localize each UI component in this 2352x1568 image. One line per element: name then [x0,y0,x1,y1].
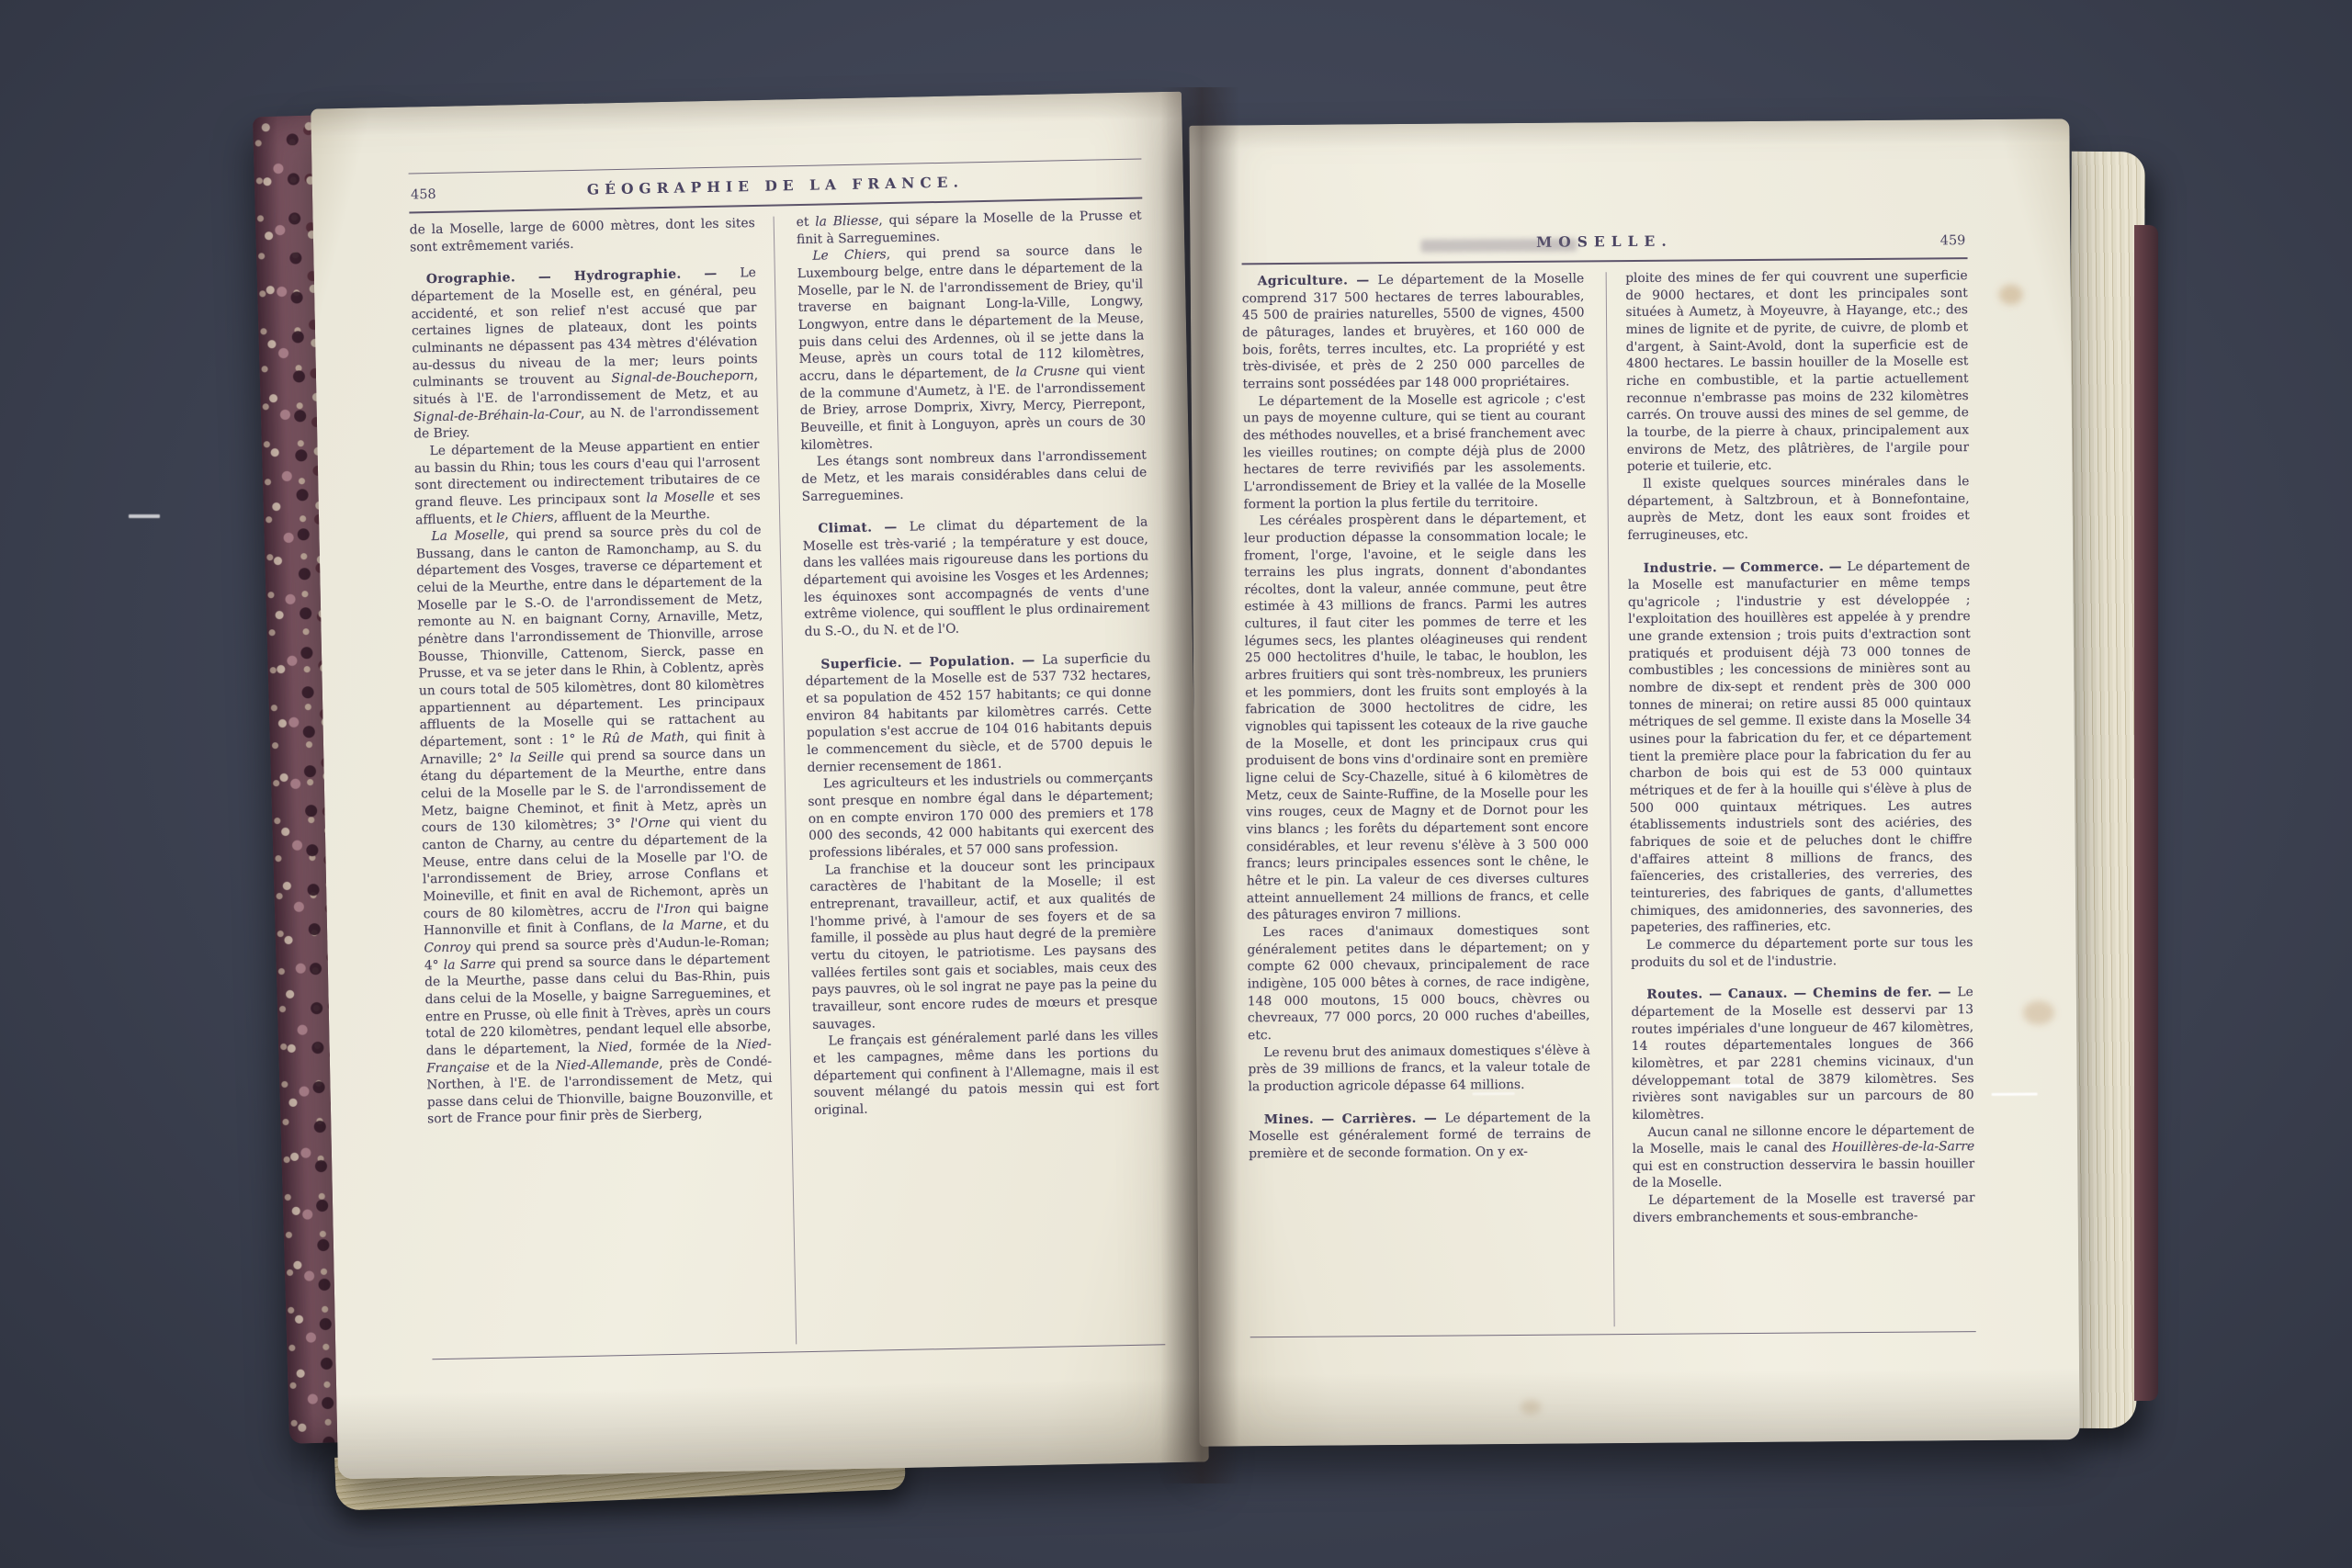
foxing-spot [2023,1000,2054,1024]
scratch-mark [1473,1092,1515,1095]
paragraph: Le département de la Moselle est agricol… [1243,390,1587,513]
section-heading: Mines. — Carrières. — [1264,1111,1445,1127]
paragraph: Mines. — Carrières. — Le département de … [1249,1109,1591,1163]
right-page-text-block: MOSELLE. 459 Agriculture. — Le départeme… [1241,219,1975,1337]
foxing-spot [1521,1400,1541,1415]
paragraph: Superficie. — Population. — La superfici… [805,649,1153,776]
column-divider-rule [1606,272,1615,1326]
paragraph: Le département de la Meuse appartient en… [413,436,761,529]
foxing-spot [1999,285,2023,305]
text-column: ploite des mines de fer qui couvrent une… [1625,267,1976,1328]
right-page-header: MOSELLE. 459 [1241,226,1967,263]
print-smudge [1420,238,1577,252]
left-running-title: GÉOGRAPHIE DE LA FRANCE. [409,170,1142,202]
paragraph: de la Moselle, large de 6000 mètres, don… [410,215,756,256]
column-divider-rule [774,217,797,1345]
paragraph: Le revenu brut des animaux domestiques s… [1248,1042,1590,1096]
paragraph: Le département de la Moselle est travers… [1633,1190,1975,1226]
paragraph: Les céréales prospèrent dans le départem… [1244,511,1589,925]
paragraph: Agriculture. — Le département de la Mose… [1242,270,1586,393]
section-heading: Orographie. — Hydrographie. — [426,266,741,288]
right-bottom-rule [1250,1331,1976,1337]
right-page-number: 459 [1940,233,1966,248]
scratch-mark [129,514,160,518]
paragraph: Le Chiers, qui prend sa source dans le L… [797,242,1146,454]
right-page: MOSELLE. 459 Agriculture. — Le départeme… [1189,118,2079,1446]
left-columns: de la Moselle, large de 6000 mètres, don… [410,208,1166,1354]
paragraph: La franchise et la douceur sont les prin… [809,855,1159,1033]
text-column: et la Bliesse, qui sépare la Moselle de … [797,208,1165,1346]
paragraph: Routes. — Canaux. — Chemins de fer. — Le… [1631,984,1974,1123]
paragraph: Les agriculteurs et les industriels ou c… [808,770,1155,863]
text-column: de la Moselle, large de 6000 mètres, don… [410,215,778,1353]
paragraph: Climat. — Le climat du département de la… [802,514,1150,641]
left-page-text-block: 458 GÉOGRAPHIE DE LA FRANCE. de la Mosel… [409,159,1166,1360]
right-columns: Agriculture. — Le département de la Mose… [1242,267,1976,1331]
open-book: 458 GÉOGRAPHIE DE LA FRANCE. de la Mosel… [271,87,2164,1506]
right-running-title: MOSELLE. [1241,230,1967,253]
paragraph: Le commerce du département porte sur tou… [1631,934,1973,971]
text-column: Agriculture. — Le département de la Mose… [1242,270,1593,1331]
paragraph: Industrie. — Commerce. — Le département … [1628,558,1973,937]
section-heading: Routes. — Canaux. — Chemins de fer. — [1646,985,1957,1002]
back-cover-edge [2134,225,2158,1401]
scratch-mark [1992,1093,2038,1096]
paragraph: ploite des mines de fer qui couvrent une… [1625,267,1969,476]
scratch-mark [1712,1084,1761,1088]
paragraph: Les races d'animaux domestiques sont gén… [1247,921,1590,1044]
section-heading: Superficie. — Population. — [820,653,1042,672]
section-heading: Agriculture. — [1258,273,1378,288]
paragraph: Aucun canal ne sillonne encore le départ… [1632,1122,1974,1193]
paragraph: Orographie. — Hydrographie. — Le départe… [411,265,760,443]
paragraph: La Moselle, qui prend sa source près du … [415,522,773,1128]
section-heading: Climat. — [818,520,910,536]
section-heading: Industrie. — Commerce. — [1644,559,1848,576]
paragraph: Le français est généralement parlé dans … [812,1027,1159,1120]
paragraph: Il existe quelques sources minérales dan… [1627,473,1970,545]
scratch-mark [1057,323,1097,327]
paragraph: Les étangs sont nombreux dans l'arrondis… [801,447,1148,506]
left-page: 458 GÉOGRAPHIE DE LA FRANCE. de la Mosel… [311,92,1209,1480]
